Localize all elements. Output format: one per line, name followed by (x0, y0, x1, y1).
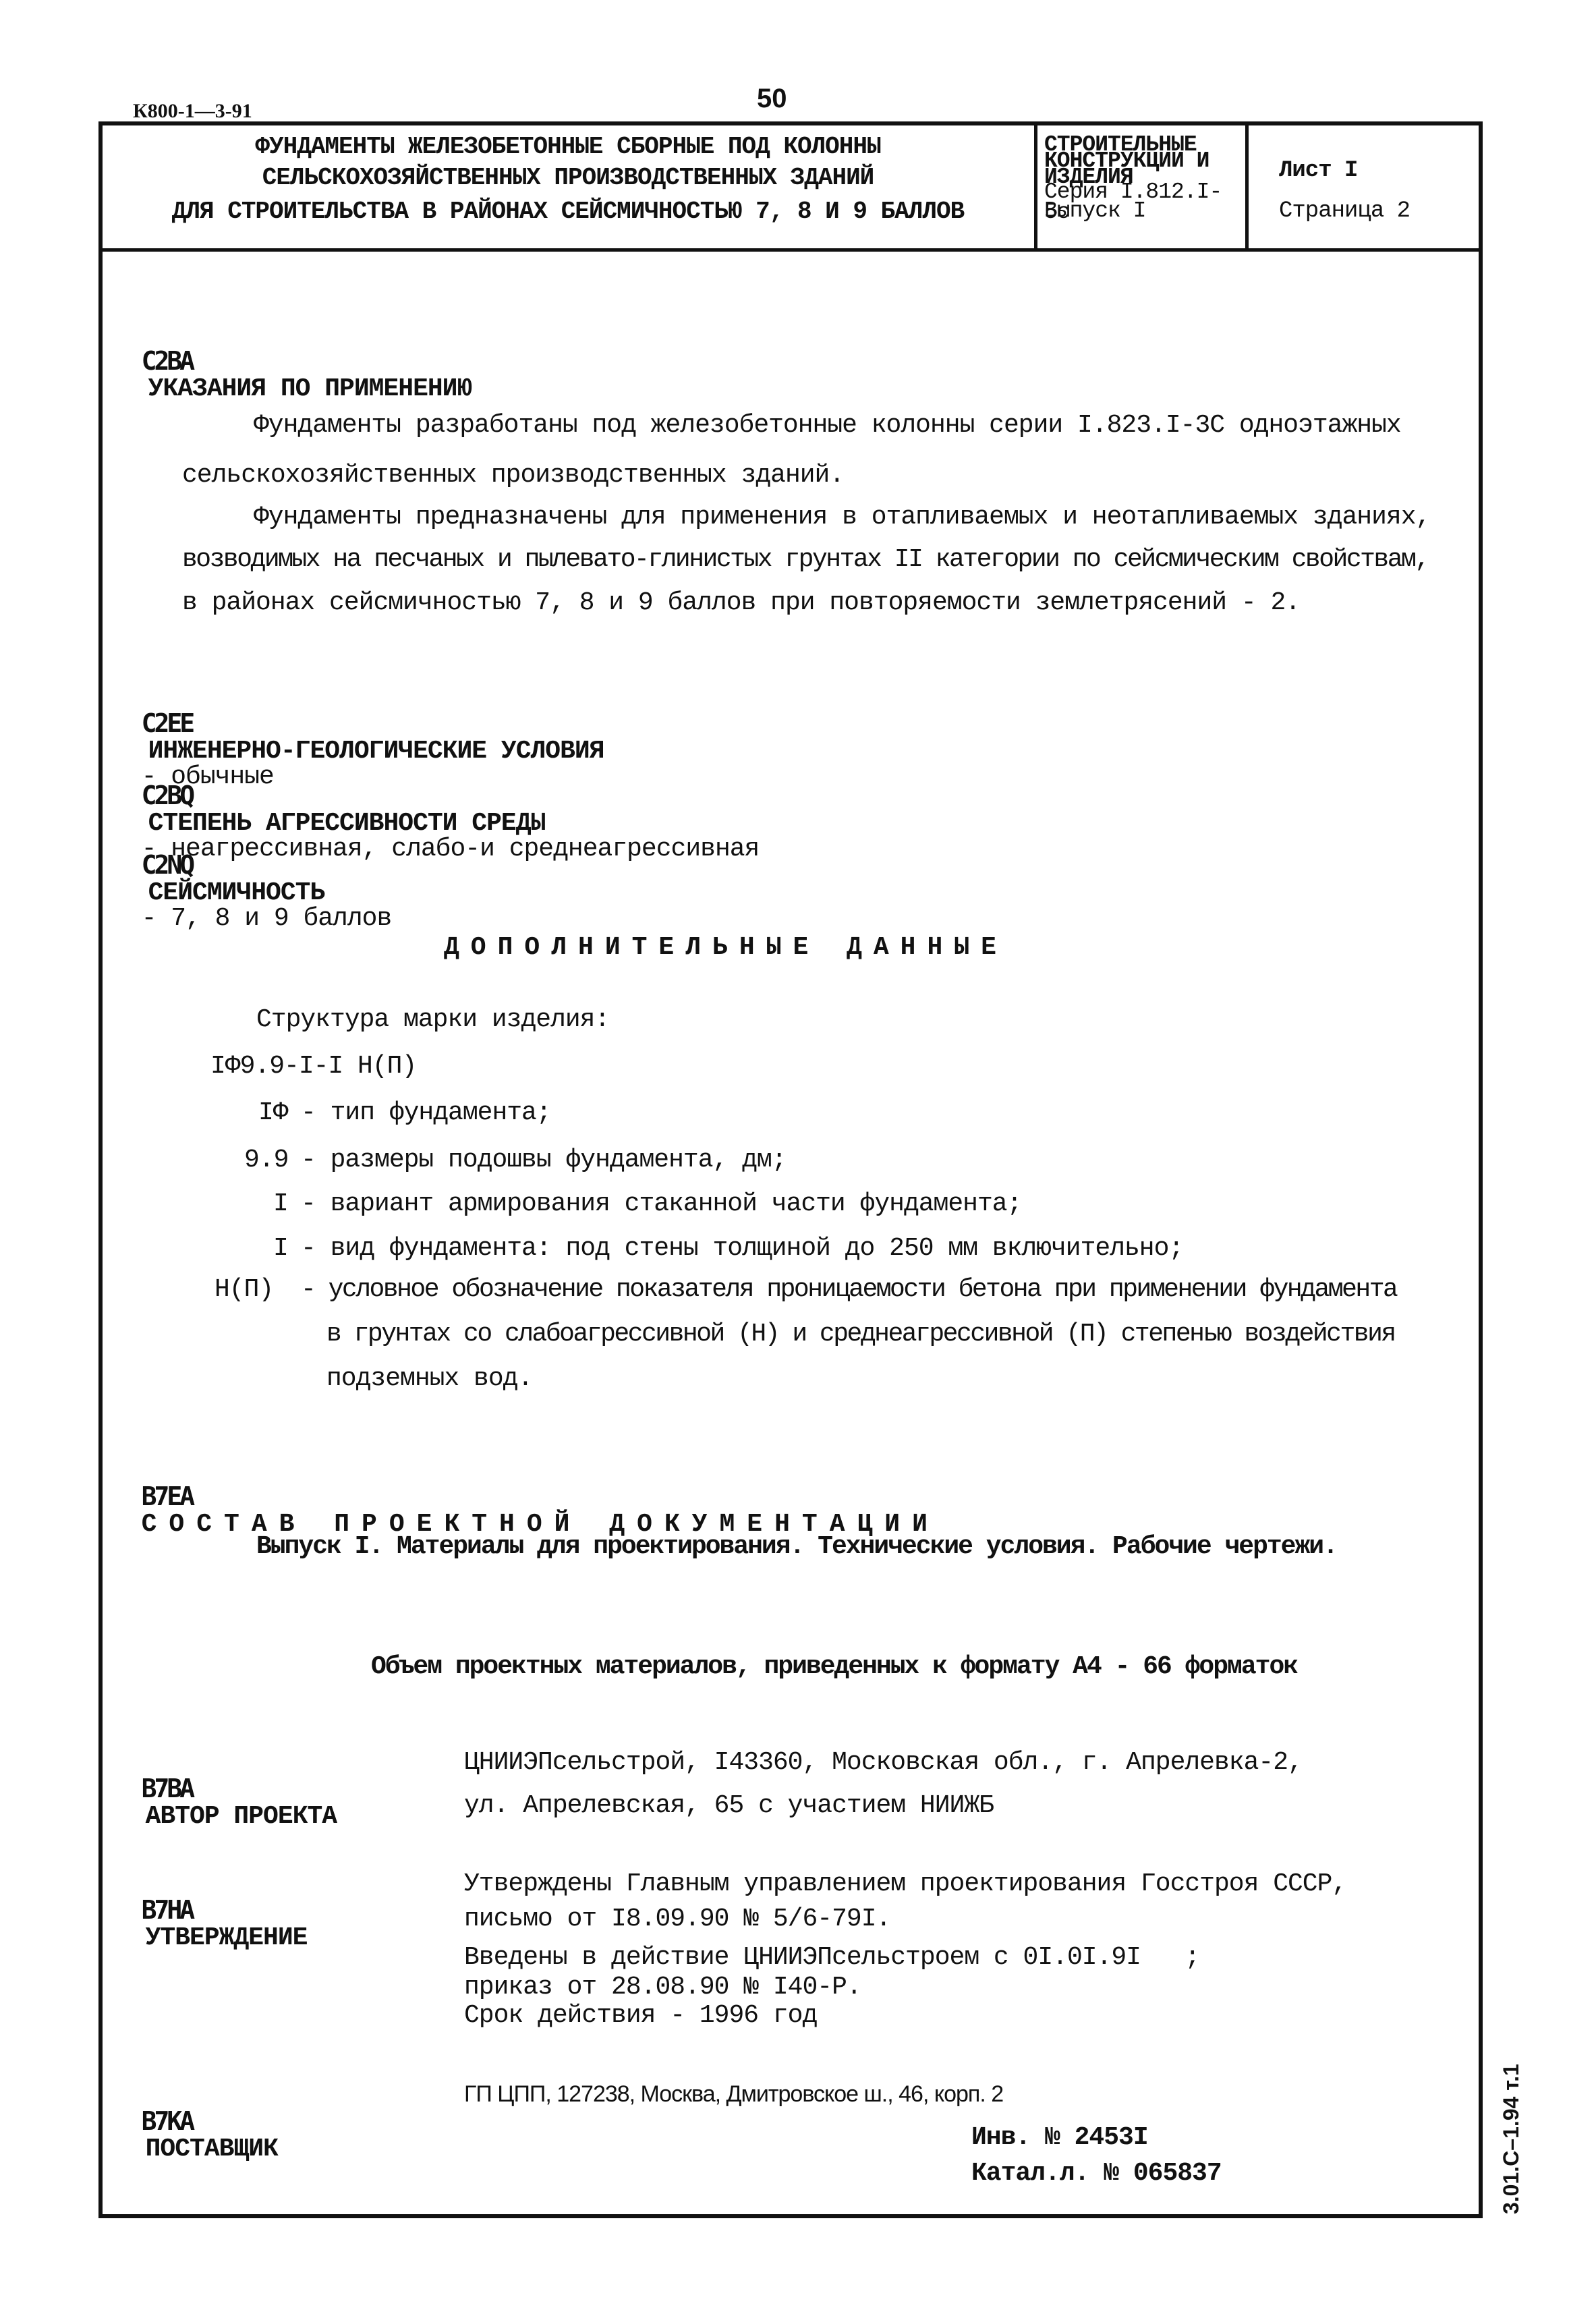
legend-key: IФ (258, 1100, 288, 1126)
mark-example: IФ9.9-I-I Н(П) (210, 1054, 416, 1079)
approval-line: приказ от 28.08.90 № I40-Р. (464, 1975, 861, 2000)
section-code: В7ВА (142, 1774, 193, 1803)
inventory-number: Инв. № 2453I (971, 2125, 1148, 2151)
author-title: АВТОР ПРОЕКТА (146, 1802, 337, 1831)
structure-label: Структура марки изделия: (256, 1007, 609, 1033)
usage-paragraph-line: Фундаменты предназначены для применения … (254, 505, 1430, 530)
section-code: В7КА (142, 2106, 193, 2136)
section-code: В7НА (142, 1895, 193, 1925)
section-code: В7ЕА (142, 1482, 193, 1511)
legend-text: - условное обозначение показателя прониц… (301, 1277, 1396, 1303)
title-line-1: ФУНДАМЕНТЫ ЖЕЛЕЗОБЕТОННЫЕ СБОРНЫЕ ПОД КО… (103, 135, 1033, 166)
author-line: ул. Апрелевская, 65 с участием НИИЖБ (464, 1793, 994, 1819)
category-cell: СТРОИТЕЛЬНЫЕ КОНСТРУКЦИИ И ИЗДЕЛИЯ Серия… (1044, 135, 1244, 219)
supplier-label: В7КА ПОСТАВЩИК (112, 2083, 278, 2162)
section-usage: С2ВА УКАЗАНИЯ ПО ПРИМЕНЕНИЮ (112, 322, 472, 402)
usage-paragraph-line: в районах сейсмичностью 7, 8 и 9 баллов … (182, 590, 1300, 616)
approval-title: УТВЕРЖДЕНИЕ (146, 1923, 308, 1952)
supplier-title: ПОСТАВЩИК (146, 2135, 278, 2164)
legend-text: - вариант армирования стаканной части фу… (301, 1191, 1021, 1217)
author-label: В7ВА АВТОР ПРОЕКТА (112, 1750, 337, 1830)
approval-line: Введены в действие ЦНИИЭПсельстроем с 0I… (464, 1945, 1199, 1971)
legend-key: Н(П) (215, 1277, 273, 1303)
legend-key: I (273, 1236, 288, 1262)
header-divider-1 (1034, 123, 1037, 250)
section-seismicity: С2NQ СЕЙСМИЧНОСТЬ - 7, 8 и 9 баллов (112, 826, 391, 932)
approval-line: Срок действия - 1996 год (464, 2003, 817, 2029)
section-code: С2ЕЕ (142, 708, 193, 738)
approval-label: В7НА УТВЕРЖДЕНИЕ (112, 1871, 307, 1951)
issue-description: Выпуск I. Материалы для проектирования. … (256, 1534, 1337, 1560)
header-bottom-rule (98, 248, 1479, 252)
section-code: С2ВА (142, 346, 193, 376)
legend-continuation: в грунтах со слабоагрессивной (Н) и сред… (326, 1322, 1395, 1347)
page-label: Страница 2 (1279, 200, 1410, 223)
legend-text: - тип фундамента; (301, 1100, 551, 1126)
author-line: ЦНИИЭПсельстрой, I43360, Московская обл.… (464, 1750, 1303, 1776)
supplier-address: ГП ЦПП, 127238, Москва, Дмитровское ш., … (464, 2081, 1003, 2108)
section-code: С2NQ (142, 850, 193, 880)
title-line-2: СЕЛЬСКОХОЗЯЙСТВЕННЫХ ПРОИЗВОДСТВЕННЫХ ЗД… (103, 166, 1033, 200)
document-title: ФУНДАМЕНТЫ ЖЕЛЕЗОБЕТОННЫЕ СБОРНЫЕ ПОД КО… (103, 135, 1033, 231)
title-line-3: ДЛЯ СТРОИТЕЛЬСТВА В РАЙОНАХ СЕЙСМИЧНОСТЬ… (103, 200, 1033, 231)
approval-line: письмо от I8.09.90 № 5/6-79I. (464, 1907, 890, 1932)
page-number: 50 (757, 84, 787, 114)
side-stamp: 3.01.C–1.94 т.1 (1499, 2064, 1524, 2214)
section-title: УКАЗАНИЯ ПО ПРИМЕНЕНИЮ (148, 374, 472, 403)
sheet-label: Лист I (1279, 159, 1357, 182)
legend-key: I (273, 1191, 288, 1217)
catalog-sheet-number: Катал.л. № 065837 (971, 2161, 1222, 2187)
catalog-code: К800-1—3-91 (133, 100, 252, 123)
section-code: С2ВQ (142, 781, 193, 810)
section-documentation: В7ЕА СОСТАВ ПРОЕКТНОЙ ДОКУМЕНТАЦИИ (112, 1458, 940, 1538)
section-value: - 7, 8 и 9 баллов (142, 904, 392, 933)
usage-paragraph-line: возводимых на песчаных и пылевато-глинис… (182, 547, 1429, 573)
section-title: СЕЙСМИЧНОСТЬ (148, 878, 325, 907)
legend-key: 9.9 (244, 1148, 288, 1173)
legend-text: - вид фундамента: под стены толщиной до … (301, 1236, 1183, 1262)
additional-heading: ДОПОЛНИТЕЛЬНЫЕ ДАННЫЕ (444, 935, 1008, 961)
usage-paragraph-line: Фундаменты разработаны под железобетонны… (254, 413, 1401, 439)
legend-text: - размеры подошвы фундамента, дм; (301, 1148, 787, 1173)
volume-description: Объем проектных материалов, приведенных … (371, 1654, 1297, 1680)
approval-line: Утверждены Главным управлением проектиро… (464, 1871, 1346, 1897)
usage-paragraph-line: сельскохозяйственных производственных зд… (182, 463, 844, 488)
header-divider-2 (1245, 123, 1249, 250)
legend-continuation: подземных вод. (326, 1366, 532, 1392)
